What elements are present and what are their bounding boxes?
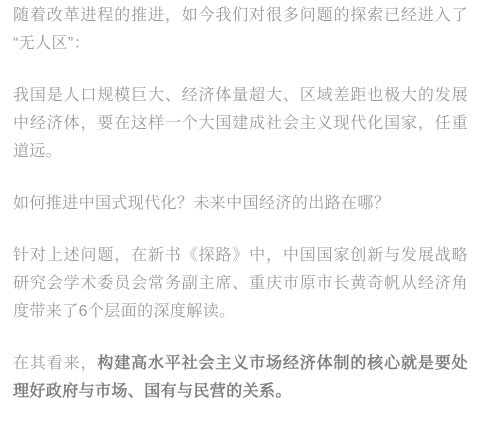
paragraph-country-context: 我国是人口规模巨大、经济体量超大、区域差距也极大的发展中经济体，要在这样一个大国… xyxy=(13,82,468,166)
conclusion-lead-text: 在其看来， xyxy=(13,355,97,372)
paragraph-book-source: 针对上述问题，在新书《探路》中，中国国家创新与发展战略研究会学术委员会常务副主席… xyxy=(13,242,468,326)
paragraph-intro: 随着改革进程的推进，如今我们对很多问题的探索已经进入了“无人区”： xyxy=(13,2,468,58)
paragraph-questions: 如何推进中国式现代化？未来中国经济的出路在哪？ xyxy=(13,190,468,218)
article-body: 随着改革进程的推进，如今我们对很多问题的探索已经进入了“无人区”： 我国是人口规… xyxy=(0,0,480,406)
paragraph-conclusion: 在其看来，构建高水平社会主义市场经济体制的核心就是要处理好政府与市场、国有与民营… xyxy=(13,350,468,406)
